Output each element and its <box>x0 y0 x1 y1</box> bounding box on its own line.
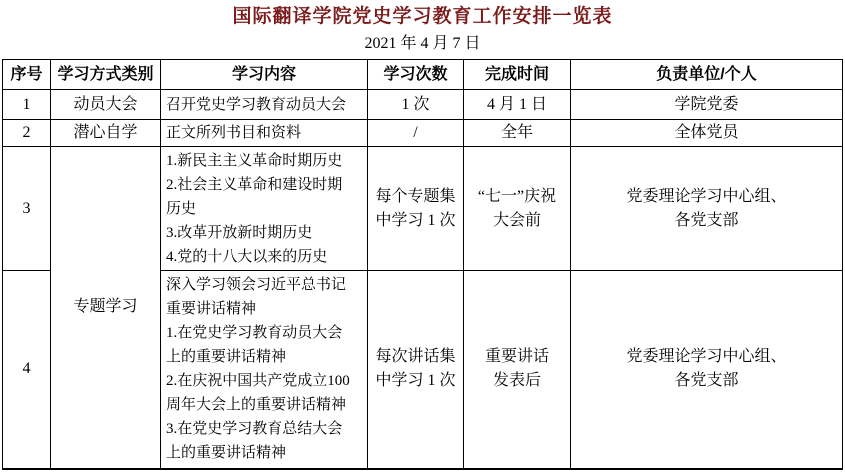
table-row: 3 专题学习 1.新民主主义革命时期历史 2.社会主义革命和建设时期 历史 3.… <box>3 147 843 271</box>
cell-deadline: 4 月 1 日 <box>464 90 571 120</box>
header-category: 学习方式类别 <box>51 60 161 90</box>
cell-owner: 学院党委 <box>571 90 843 120</box>
header-serial: 序号 <box>3 60 51 90</box>
schedule-table: 序号 学习方式类别 学习内容 学习次数 完成时间 负责单位/个人 1 动员大会 … <box>2 59 843 470</box>
cell-category-merged: 专题学习 <box>51 147 161 469</box>
header-row: 序号 学习方式类别 学习内容 学习次数 完成时间 负责单位/个人 <box>3 60 843 90</box>
cell-serial: 4 <box>3 271 51 469</box>
header-owner: 负责单位/个人 <box>571 60 843 90</box>
cell-content: 1.新民主主义革命时期历史 2.社会主义革命和建设时期 历史 3.改革开放新时期… <box>161 147 368 271</box>
header-times: 学习次数 <box>368 60 464 90</box>
page-date: 2021 年 4 月 7 日 <box>0 34 845 54</box>
cell-category: 潜心自学 <box>51 120 161 147</box>
table-row: 2 潜心自学 正文所列书目和资料 / 全年 全体党员 <box>3 120 843 147</box>
cell-owner: 全体党员 <box>571 120 843 147</box>
page-title: 国际翻译学院党史学习教育工作安排一览表 <box>0 5 845 29</box>
cell-content: 召开党史学习教育动员大会 <box>161 90 368 120</box>
cell-serial: 3 <box>3 147 51 271</box>
header-content: 学习内容 <box>161 60 368 90</box>
cell-deadline: “七一”庆祝 大会前 <box>464 147 571 271</box>
cell-deadline: 重要讲话 发表后 <box>464 271 571 469</box>
cell-serial: 2 <box>3 120 51 147</box>
header-deadline: 完成时间 <box>464 60 571 90</box>
cell-deadline: 全年 <box>464 120 571 147</box>
table-row: 1 动员大会 召开党史学习教育动员大会 1 次 4 月 1 日 学院党委 <box>3 90 843 120</box>
cell-content: 深入学习领会习近平总书记 重要讲话精神 1.在党史学习教育动员大会 上的重要讲话… <box>161 271 368 469</box>
cell-owner: 党委理论学习中心组、 各党支部 <box>571 147 843 271</box>
cell-category: 动员大会 <box>51 90 161 120</box>
cell-times: 1 次 <box>368 90 464 120</box>
cell-content: 正文所列书目和资料 <box>161 120 368 147</box>
cell-serial: 1 <box>3 90 51 120</box>
cell-times: 每次讲话集 中学习 1 次 <box>368 271 464 469</box>
cell-owner: 党委理论学习中心组、 各党支部 <box>571 271 843 469</box>
cell-times: / <box>368 120 464 147</box>
cell-times: 每个专题集 中学习 1 次 <box>368 147 464 271</box>
